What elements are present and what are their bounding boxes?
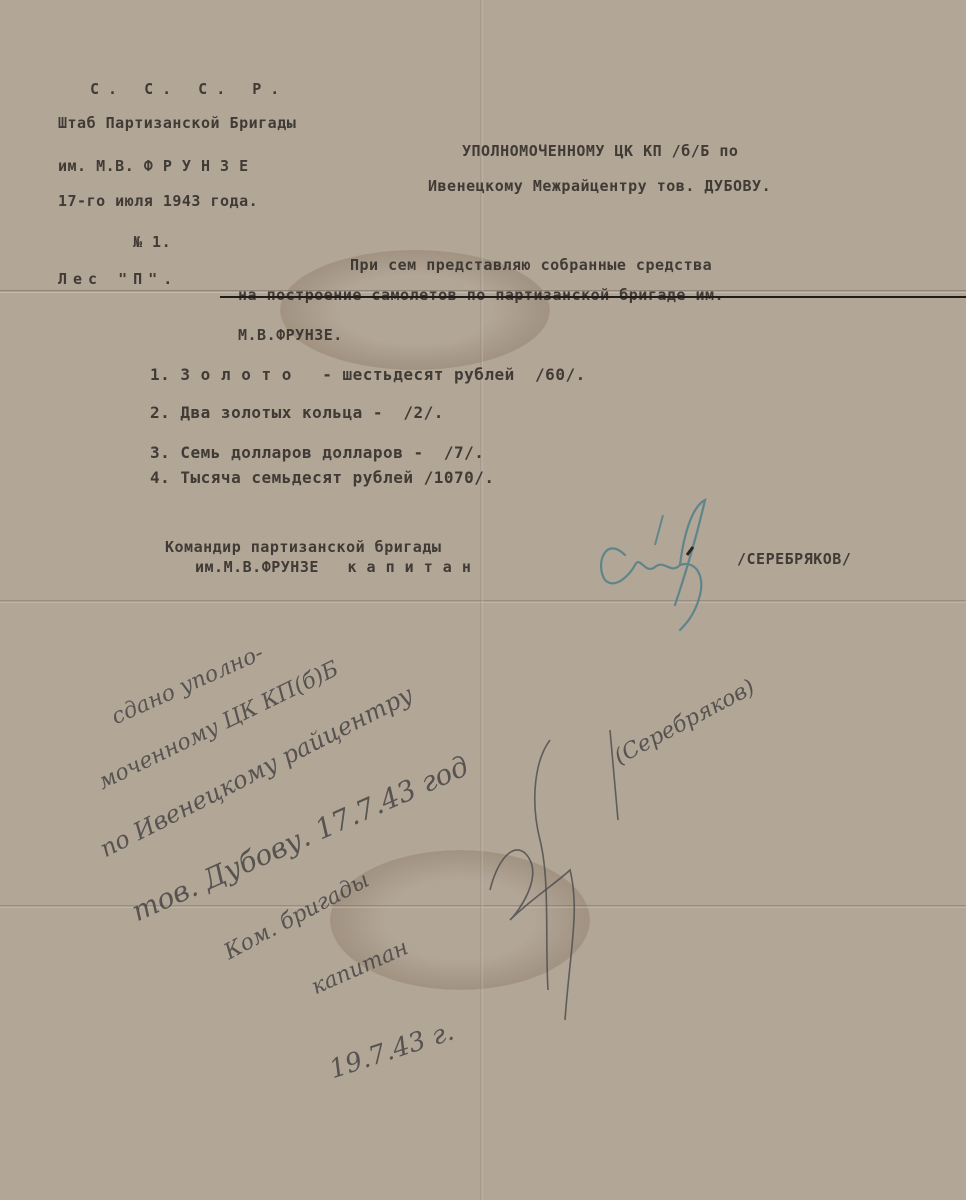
list-item: 4. Тысяча семьдесят рублей /1070/. [150, 468, 495, 487]
body-line1: При сем представляю собранные средства [350, 256, 712, 274]
signature-title-line2: им.М.В.ФРУНЗЕ к а п и т а н [195, 558, 471, 576]
handwritten-date: 19.7.43 г. [326, 1017, 458, 1085]
body-line3: М.В.ФРУНЗЕ. [238, 326, 343, 344]
header-date: 17-го июля 1943 года. [58, 192, 258, 210]
strikethrough-line [220, 296, 966, 298]
list-item: 3. Семь долларов долларов - /7/. [150, 443, 484, 462]
header-country: С. С. С. Р. [90, 80, 288, 98]
document-page: С. С. С. Р. Штаб Партизанской Бригады им… [0, 0, 966, 1200]
header-location: Лес "П". [58, 270, 178, 288]
header-org-line1: Штаб Партизанской Бригады [58, 114, 296, 132]
signature-blue-ink [585, 495, 745, 635]
header-org-line2: им. М.В. Ф Р У Н З Е [58, 157, 249, 175]
signature-pencil [470, 720, 630, 1040]
body-line2: на построение самолетов по партизанской … [238, 286, 724, 304]
fold-crease [0, 600, 966, 603]
list-item: 1. З о л о т о - шестьдесят рублей /60/. [150, 365, 586, 384]
signature-name: /СЕРЕБРЯКОВ/ [737, 550, 851, 568]
list-item: 2. Два золотых кольца - /2/. [150, 403, 444, 422]
signature-title-line1: Командир партизанской бригады [165, 538, 441, 556]
addressee-line2: Ивенецкому Межрайцентру тов. ДУБОВУ. [428, 177, 771, 195]
header-number: № 1. [133, 233, 171, 251]
addressee-line1: УПОЛНОМОЧЕННОМУ ЦК КП /б/Б по [462, 142, 738, 160]
handwritten-bracket-name: (Серебряков) [610, 675, 759, 770]
